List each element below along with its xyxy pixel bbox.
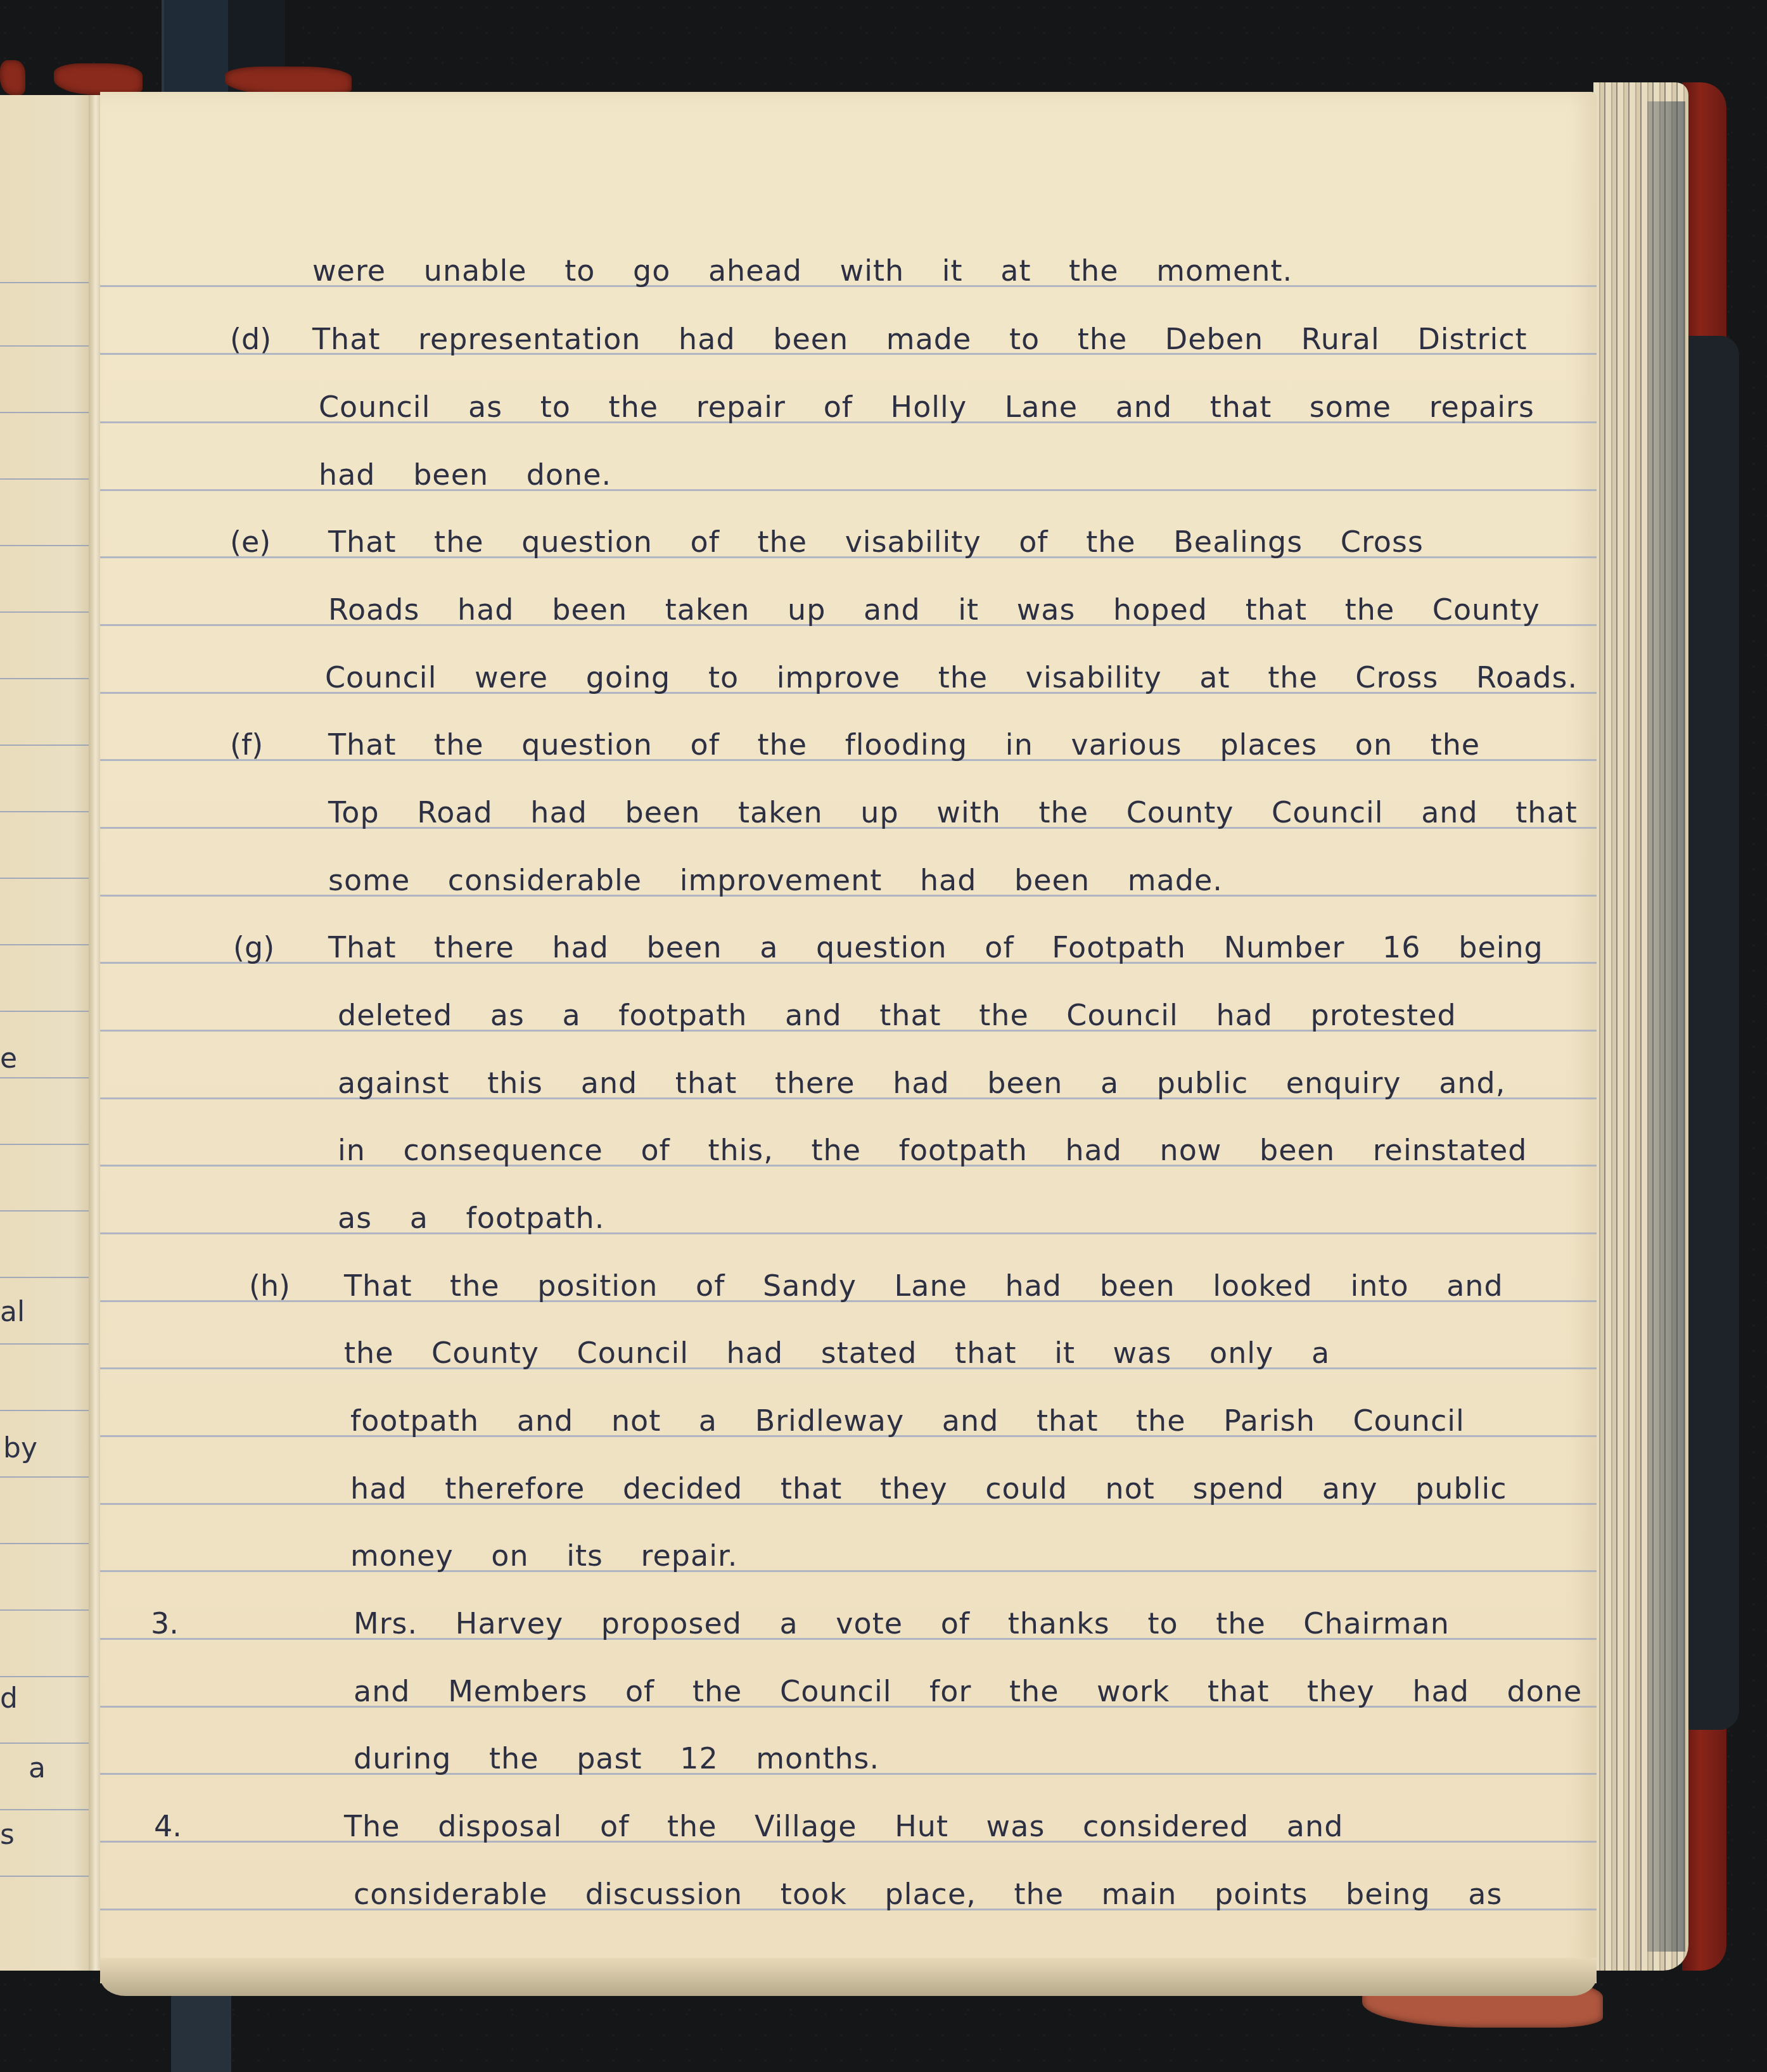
handwritten-line: had been done. [319, 457, 611, 492]
handwritten-line: Council were going to improve the visabi… [325, 660, 1578, 694]
handwritten-line: were unable to go ahead with it at the m… [312, 253, 1292, 288]
leather-fragment [225, 67, 352, 95]
handwritten-line: some considerable improvement had been m… [328, 863, 1223, 897]
handwritten-line: against this and that there had been a p… [338, 1066, 1505, 1100]
item-label: (f) [230, 727, 263, 762]
bookmark-ribbon-bottom [171, 1996, 231, 2072]
bookmark-ribbon-top [162, 0, 234, 95]
page-edge-marbling [1647, 101, 1685, 1952]
handwritten-line: That the position of Sandy Lane had been… [344, 1269, 1503, 1303]
left-page-fragment: al [0, 1296, 25, 1328]
handwritten-line: and Members of the Council for the work … [354, 1674, 1582, 1708]
handwritten-line: That representation had been made to the… [312, 322, 1528, 356]
leather-fragment [0, 60, 25, 95]
handwritten-line: considerable discussion took place, the … [354, 1877, 1502, 1911]
handwritten-line: Council as to the repair of Holly Lane a… [319, 390, 1534, 424]
left-page-fragment: a [29, 1752, 46, 1784]
handwritten-line: the County Council had stated that it wa… [344, 1336, 1330, 1370]
handwritten-line: during the past 12 months. [354, 1741, 879, 1775]
handwritten-line: deleted as a footpath and that the Counc… [338, 998, 1457, 1032]
handwritten-line: Top Road had been taken up with the Coun… [328, 795, 1578, 829]
handwritten-line: had therefore decided that they could no… [350, 1471, 1507, 1506]
handwritten-line: in consequence of this, the footpath had… [338, 1133, 1528, 1167]
item-label: (e) [230, 525, 271, 559]
left-page-fragment: d [0, 1682, 18, 1715]
item-label: (g) [233, 930, 274, 964]
minute-book-page: were unable to go ahead with it at the m… [100, 92, 1597, 1983]
handwritten-line: That the question of the visability of t… [328, 525, 1424, 559]
left-page-fragment: e [0, 1042, 17, 1075]
handwritten-line: Roads had been taken up and it was hoped… [328, 592, 1540, 627]
left-page-fragment: s [0, 1819, 15, 1851]
handwritten-line: as a footpath. [338, 1201, 604, 1235]
item-label: (h) [249, 1269, 290, 1303]
handwritten-line: footpath and not a Bridleway and that th… [350, 1404, 1465, 1438]
handwritten-line: The disposal of the Village Hut was cons… [344, 1809, 1343, 1843]
handwritten-line: That the question of the flooding in var… [328, 727, 1480, 762]
item-number: 3. [151, 1606, 179, 1640]
leather-fragment [54, 63, 143, 95]
left-page-fragment: by [3, 1432, 37, 1464]
item-label: (d) [230, 322, 271, 356]
handwritten-line: Mrs. Harvey proposed a vote of thanks to… [354, 1606, 1450, 1640]
left-page: e al by d a s [0, 95, 92, 1971]
handwritten-line: That there had been a question of Footpa… [328, 930, 1543, 964]
item-number: 4. [154, 1809, 182, 1843]
book-cover-cloth [1688, 336, 1739, 1730]
page-bottom-edge [100, 1958, 1597, 1996]
handwritten-line: money on its repair. [350, 1538, 737, 1573]
